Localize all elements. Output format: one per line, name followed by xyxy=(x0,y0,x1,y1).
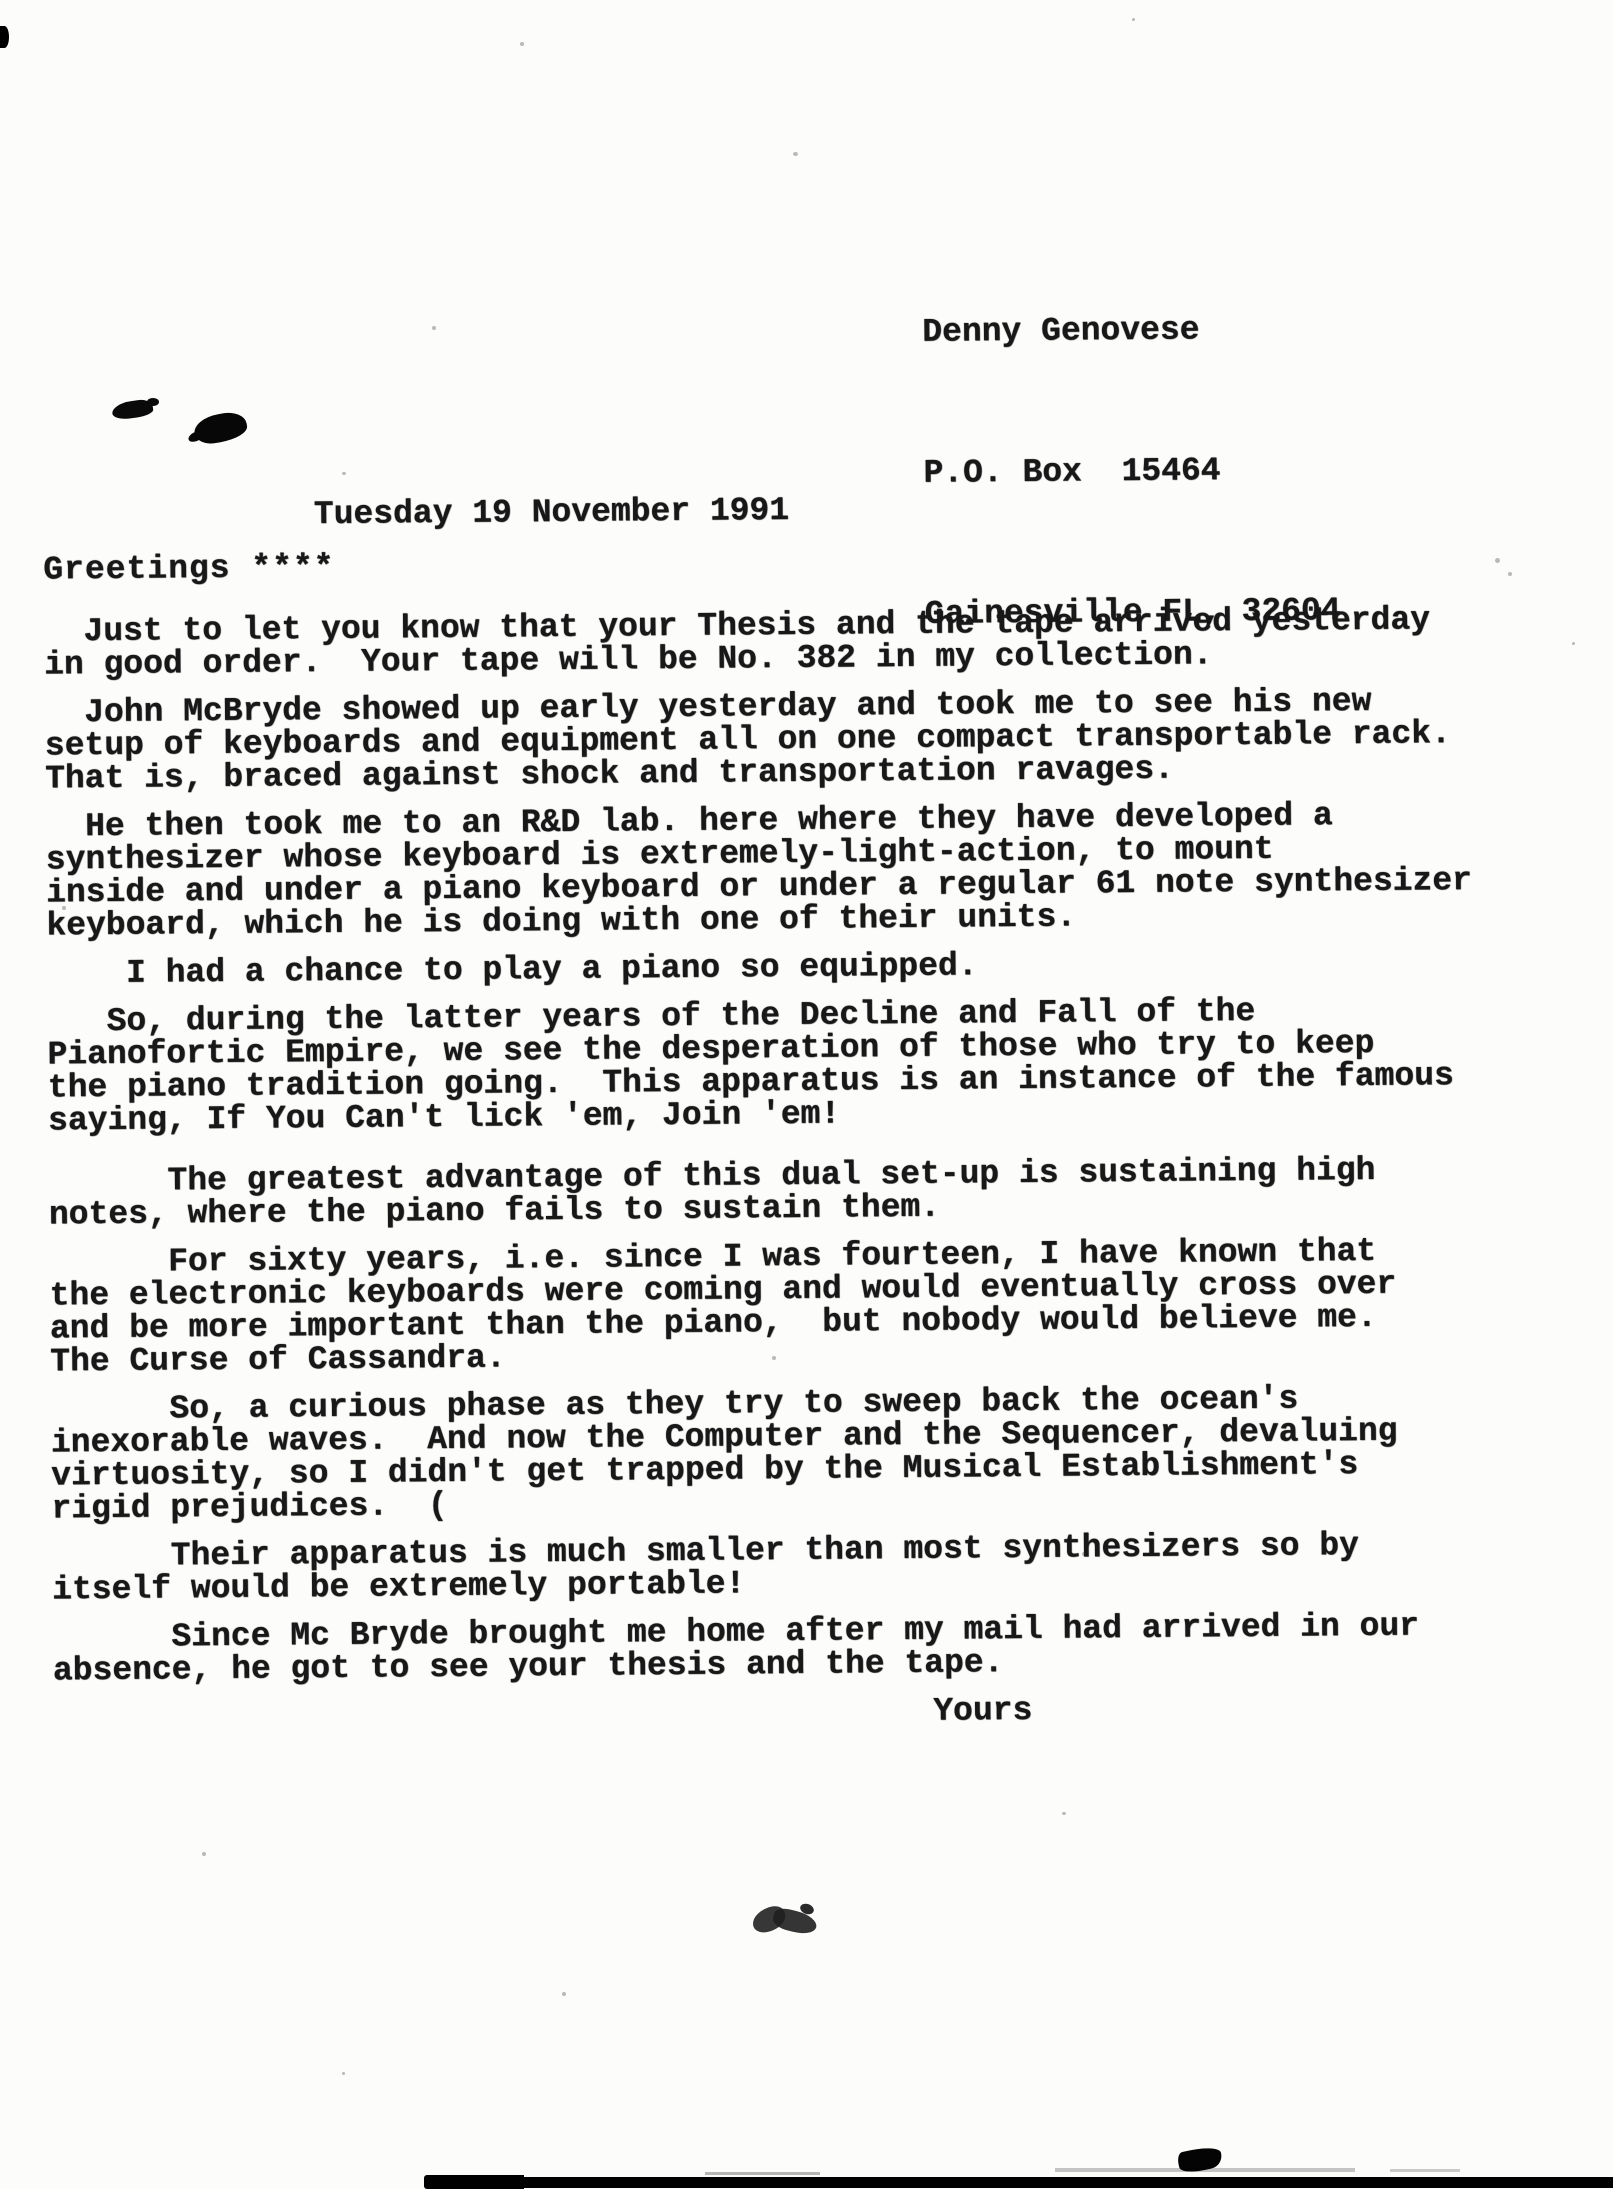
scan-streak xyxy=(1055,2168,1355,2172)
letter-content: Denny Genovese P.O. Box 15464 Gainesvill… xyxy=(0,0,1613,2189)
scan-speck xyxy=(772,1356,776,1360)
scan-edge-bar xyxy=(430,2177,1613,2188)
paragraph-dual-setup: The greatest advantage of this dual set-… xyxy=(48,1152,1589,1231)
paragraph-mcbryde-rack: John McBryde showed up early yesterday a… xyxy=(44,683,1585,795)
paragraph-home: Since Mc Bryde brought me home after my … xyxy=(52,1608,1593,1687)
ink-blob xyxy=(147,398,159,406)
paragraph-played-piano: I had a chance to play a piano so equipp… xyxy=(47,944,1587,990)
scan-speck xyxy=(562,1992,566,1996)
scan-speck xyxy=(1132,18,1135,21)
scan-speck xyxy=(1508,572,1512,576)
closing-yours: Yours xyxy=(933,1689,1593,1728)
scan-speck xyxy=(202,1852,206,1856)
scan-speck xyxy=(1572,642,1575,645)
scan-speck xyxy=(342,2072,345,2075)
paragraph-curious-phase: So, a curious phase as they try to sweep… xyxy=(50,1380,1591,1525)
scan-speck xyxy=(62,906,66,910)
paragraph-rd-lab: He then took me to an R&D lab. here wher… xyxy=(45,797,1586,942)
sender-name: Denny Genovese xyxy=(922,305,1338,356)
scan-edge-bar xyxy=(424,2175,524,2189)
scan-speck xyxy=(520,42,524,46)
sender-po-box: P.O. Box 15464 xyxy=(923,446,1339,497)
scan-speck xyxy=(793,152,798,156)
scan-speck xyxy=(432,326,436,330)
date-line: Tuesday 19 November 1991 xyxy=(314,492,790,533)
paragraph-pianofortic-empire: So, during the latter years of the Decli… xyxy=(47,992,1588,1137)
letter-body: Just to let you know that your Thesis an… xyxy=(44,602,1594,1735)
scan-speck xyxy=(1082,1552,1086,1556)
salutation: Greetings **** xyxy=(43,549,335,589)
paragraph-sixty-years: For sixty years, i.e. since I was fourte… xyxy=(49,1233,1590,1378)
paragraph-arrival: Just to let you know that your Thesis an… xyxy=(44,602,1585,681)
scan-speck xyxy=(1062,1812,1066,1815)
paragraph-portable: Their apparatus is much smaller than mos… xyxy=(52,1527,1593,1606)
scan-speck xyxy=(342,472,346,475)
left-edge-mark xyxy=(0,26,9,48)
scanned-letter-page: Denny Genovese P.O. Box 15464 Gainesvill… xyxy=(0,0,1613,2189)
scan-speck xyxy=(1495,558,1500,563)
scan-streak xyxy=(705,2172,820,2175)
scan-streak xyxy=(1390,2169,1460,2172)
